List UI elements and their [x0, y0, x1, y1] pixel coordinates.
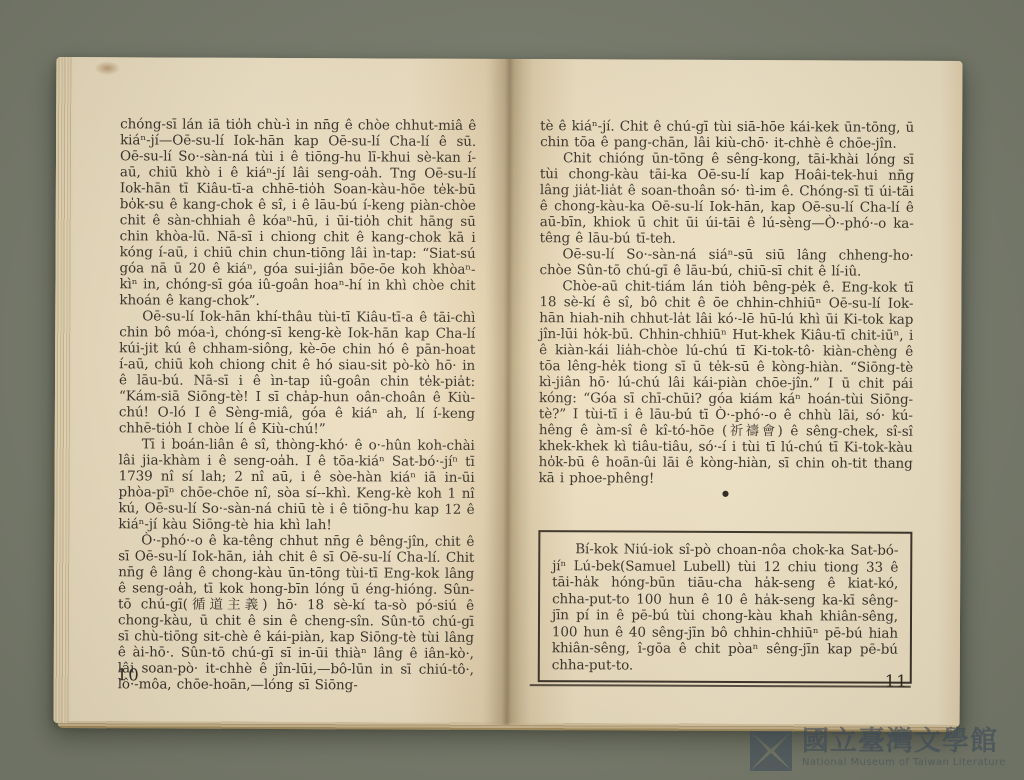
- right-page-text-block: tè ê kiáⁿ-jí. Chit ê chú-gī tùi siā-hōe …: [538, 118, 914, 684]
- book-page-left: chóng-sī lán iā tio̍h chù-ì in nn̄g ê ch…: [54, 57, 510, 725]
- watermark-title-en: National Museum of Taiwan Literature: [802, 757, 1006, 768]
- museum-watermark: 國立臺灣文學館 National Museum of Taiwan Litera…: [749, 727, 1019, 779]
- page-number-right: 11: [885, 672, 908, 691]
- paragraph: Chòe-aū chit-tiám lán tio̍h bêng-pe̍k ê.…: [539, 278, 914, 488]
- paragraph: tè ê kiáⁿ-jí. Chit ê chú-gī tùi siā-hōe …: [540, 118, 914, 152]
- boxed-note-text: Bí-kok Niú-iok sî-pò choan-nôa chok-ka S…: [552, 541, 899, 675]
- paragraph: Oē-su-lí So·-sàn-ná siáⁿ-sū siū lâng chh…: [539, 246, 913, 280]
- left-page-text-block: chóng-sī lán iā tio̍h chù-ì in nn̄g ê ch…: [118, 116, 477, 694]
- page-number-left: 10: [117, 665, 140, 684]
- paragraph: Tī i boán-liân ê sî, thòng-khó· ê o·-hûn…: [118, 436, 474, 534]
- section-divider-dot: ●: [539, 488, 913, 500]
- watermark-text: 國立臺灣文學館 National Museum of Taiwan Litera…: [802, 727, 1006, 768]
- paragraph: chóng-sī lán iā tio̍h chù-ì in nn̄g ê ch…: [119, 116, 476, 310]
- page-stain: [94, 61, 120, 75]
- paragraph: Oē-su-lí Iok-hān khí-thâu tùi-tī Kiâu-tī…: [119, 308, 476, 438]
- paragraph: Chit chióng ūn-tōng ê sêng-kong, tāi-khà…: [540, 150, 914, 248]
- photo-background: chóng-sī lán iā tio̍h chù-ì in nn̄g ê ch…: [0, 0, 1024, 780]
- book-page-right: tè ê kiáⁿ-jí. Chit ê chú-gī tùi siā-hōe …: [507, 59, 963, 727]
- open-book: chóng-sī lán iā tio̍h chù-ì in nn̄g ê ch…: [54, 57, 963, 727]
- museum-logo-icon: [749, 730, 793, 776]
- paragraph: Ò·-phó·-o ê ka-têng chhut nn̄g ê bêng-jî…: [118, 532, 475, 694]
- boxed-sidebar-note: Bí-kok Niú-iok sî-pò choan-nôa chok-ka S…: [538, 530, 913, 684]
